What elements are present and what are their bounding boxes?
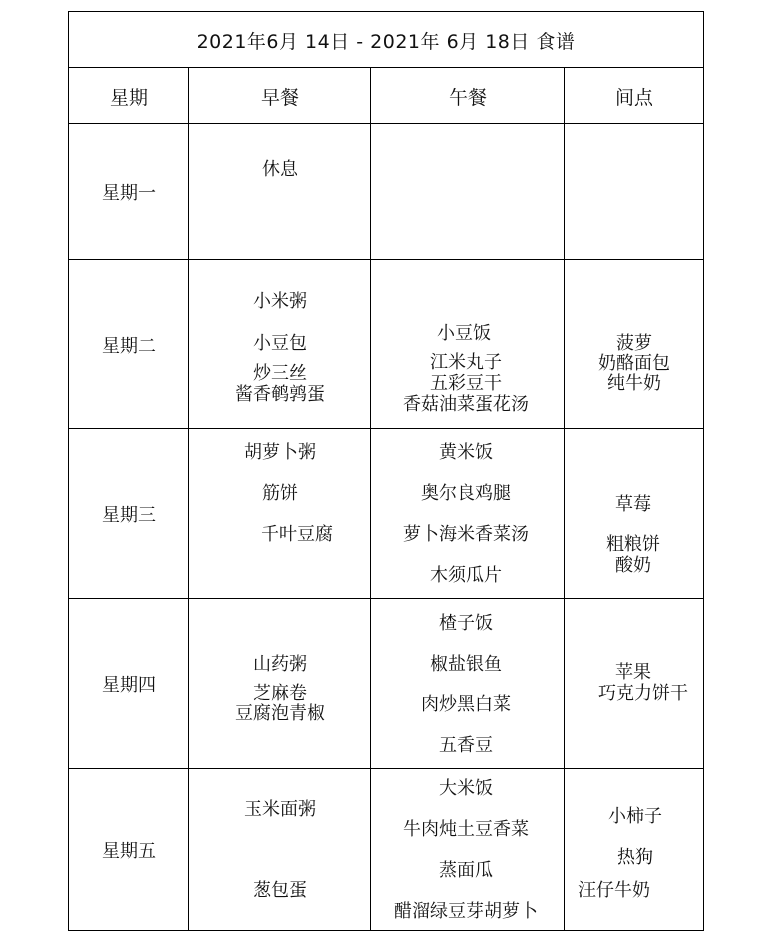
- lunch-item: 五香豆: [439, 736, 493, 756]
- snack-item: 草莓: [615, 495, 651, 515]
- lunch-item: 大米饭: [439, 779, 493, 799]
- breakfast-item: 山药粥: [253, 655, 307, 675]
- snack-item: 巧克力饼干: [598, 684, 688, 704]
- breakfast-item: 豆腐泡青椒: [235, 704, 325, 724]
- header-snack: 间点: [565, 68, 703, 124]
- menu-table: 2021年6月 14日 - 2021年 6月 18日 食谱 星期 早餐 午餐 间…: [68, 11, 704, 931]
- day-friday: 星期五: [69, 769, 189, 931]
- breakfast-item: 小豆包: [253, 334, 307, 354]
- lunch-item: 黄米饭: [439, 443, 493, 463]
- snack-item: 小柿子: [608, 807, 662, 827]
- divider: [370, 67, 371, 930]
- snack-item: 菠萝: [616, 334, 652, 354]
- breakfast-item: 千叶豆腐: [261, 525, 333, 545]
- breakfast-item: 芝麻卷: [253, 684, 307, 704]
- breakfast-item: 筋饼: [262, 484, 298, 504]
- lunch-item: 醋溜绿豆芽胡萝卜: [394, 902, 538, 922]
- lunch-item: 楂子饭: [439, 614, 493, 634]
- snack-item: 苹果: [615, 663, 651, 683]
- lunch-item: 五彩豆干: [430, 374, 502, 394]
- breakfast-item: 炒三丝: [253, 364, 307, 384]
- breakfast-item: 小米粥: [253, 292, 307, 312]
- divider: [564, 67, 565, 930]
- header-day: 星期: [69, 68, 189, 124]
- breakfast-item: 葱包蛋: [253, 881, 307, 901]
- breakfast-item: 酱香鹌鹑蛋: [235, 385, 325, 405]
- lunch-item: 香菇油菜蛋花汤: [403, 395, 529, 415]
- day-wednesday: 星期三: [69, 429, 189, 599]
- snack-item: 奶酪面包: [598, 354, 670, 374]
- breakfast-item: 胡萝卜粥: [244, 443, 316, 463]
- snack-item: 热狗: [617, 848, 653, 868]
- day-tuesday: 星期二: [69, 260, 189, 429]
- lunch-item: 萝卜海米香菜汤: [403, 525, 529, 545]
- lunch-item: 木须瓜片: [430, 566, 502, 586]
- lunch-item: 蒸面瓜: [439, 861, 493, 881]
- lunch-item: 肉炒黑白菜: [421, 695, 511, 715]
- table-title: 2021年6月 14日 - 2021年 6月 18日 食谱: [69, 12, 703, 68]
- lunch-item: 奥尔良鸡腿: [421, 484, 511, 504]
- snack-item: 酸奶: [615, 556, 651, 576]
- header-lunch: 午餐: [371, 68, 565, 124]
- lunch-item: 牛肉炖土豆香菜: [403, 820, 529, 840]
- snack-item: 粗粮饼: [606, 535, 660, 555]
- lunch-item: 小豆饭: [437, 324, 491, 344]
- day-thursday: 星期四: [69, 599, 189, 769]
- day-monday: 星期一: [69, 124, 189, 260]
- lunch-item: 椒盐银鱼: [430, 655, 502, 675]
- header-breakfast: 早餐: [189, 68, 371, 124]
- breakfast-item: 休息: [262, 160, 298, 180]
- breakfast-item: 玉米面粥: [244, 800, 316, 820]
- lunch-item: 江米丸子: [430, 353, 502, 373]
- snack-item: 汪仔牛奶: [578, 881, 650, 901]
- snack-item: 纯牛奶: [607, 374, 661, 394]
